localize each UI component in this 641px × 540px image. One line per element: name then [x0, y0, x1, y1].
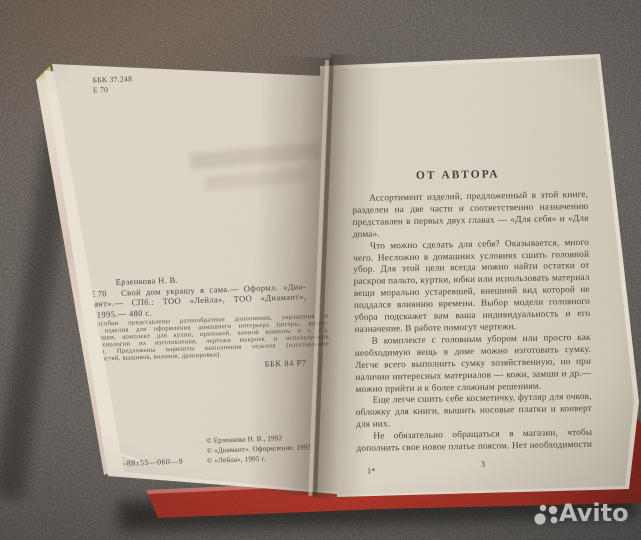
paragraph: Не обязательно обращаться в магазин, что…: [356, 428, 592, 456]
signature-mark: 1*: [367, 466, 376, 476]
avito-wordmark: Avito: [559, 499, 629, 527]
paragraph: Что можно сделать для себя? Оказывается,…: [353, 237, 591, 336]
avito-watermark: Avito: [530, 498, 638, 536]
bbk-classification: ББК 37.248 Е 70: [92, 74, 132, 95]
paragraph: Ассортимент изделий, предложенный в этой…: [352, 190, 589, 242]
chapter-title: ОТ АВТОРА: [348, 167, 568, 183]
chapter-body: Ассортимент изделий, предложенный в этой…: [352, 190, 593, 456]
page-number: 3: [481, 459, 485, 469]
paragraph: В комплекте с головным убором или просто…: [355, 333, 592, 397]
author-code: Е 70: [93, 84, 133, 95]
paragraph: Еще легче сшить себе косметичку, футляр …: [356, 392, 593, 432]
photo-of-open-book: ББК 37.248 Е 70 Ерзенкова Н. В. Е 70Свой…: [0, 0, 641, 540]
bbk-code: ББК 37.248: [92, 74, 132, 85]
avito-dots-icon: [530, 500, 558, 528]
